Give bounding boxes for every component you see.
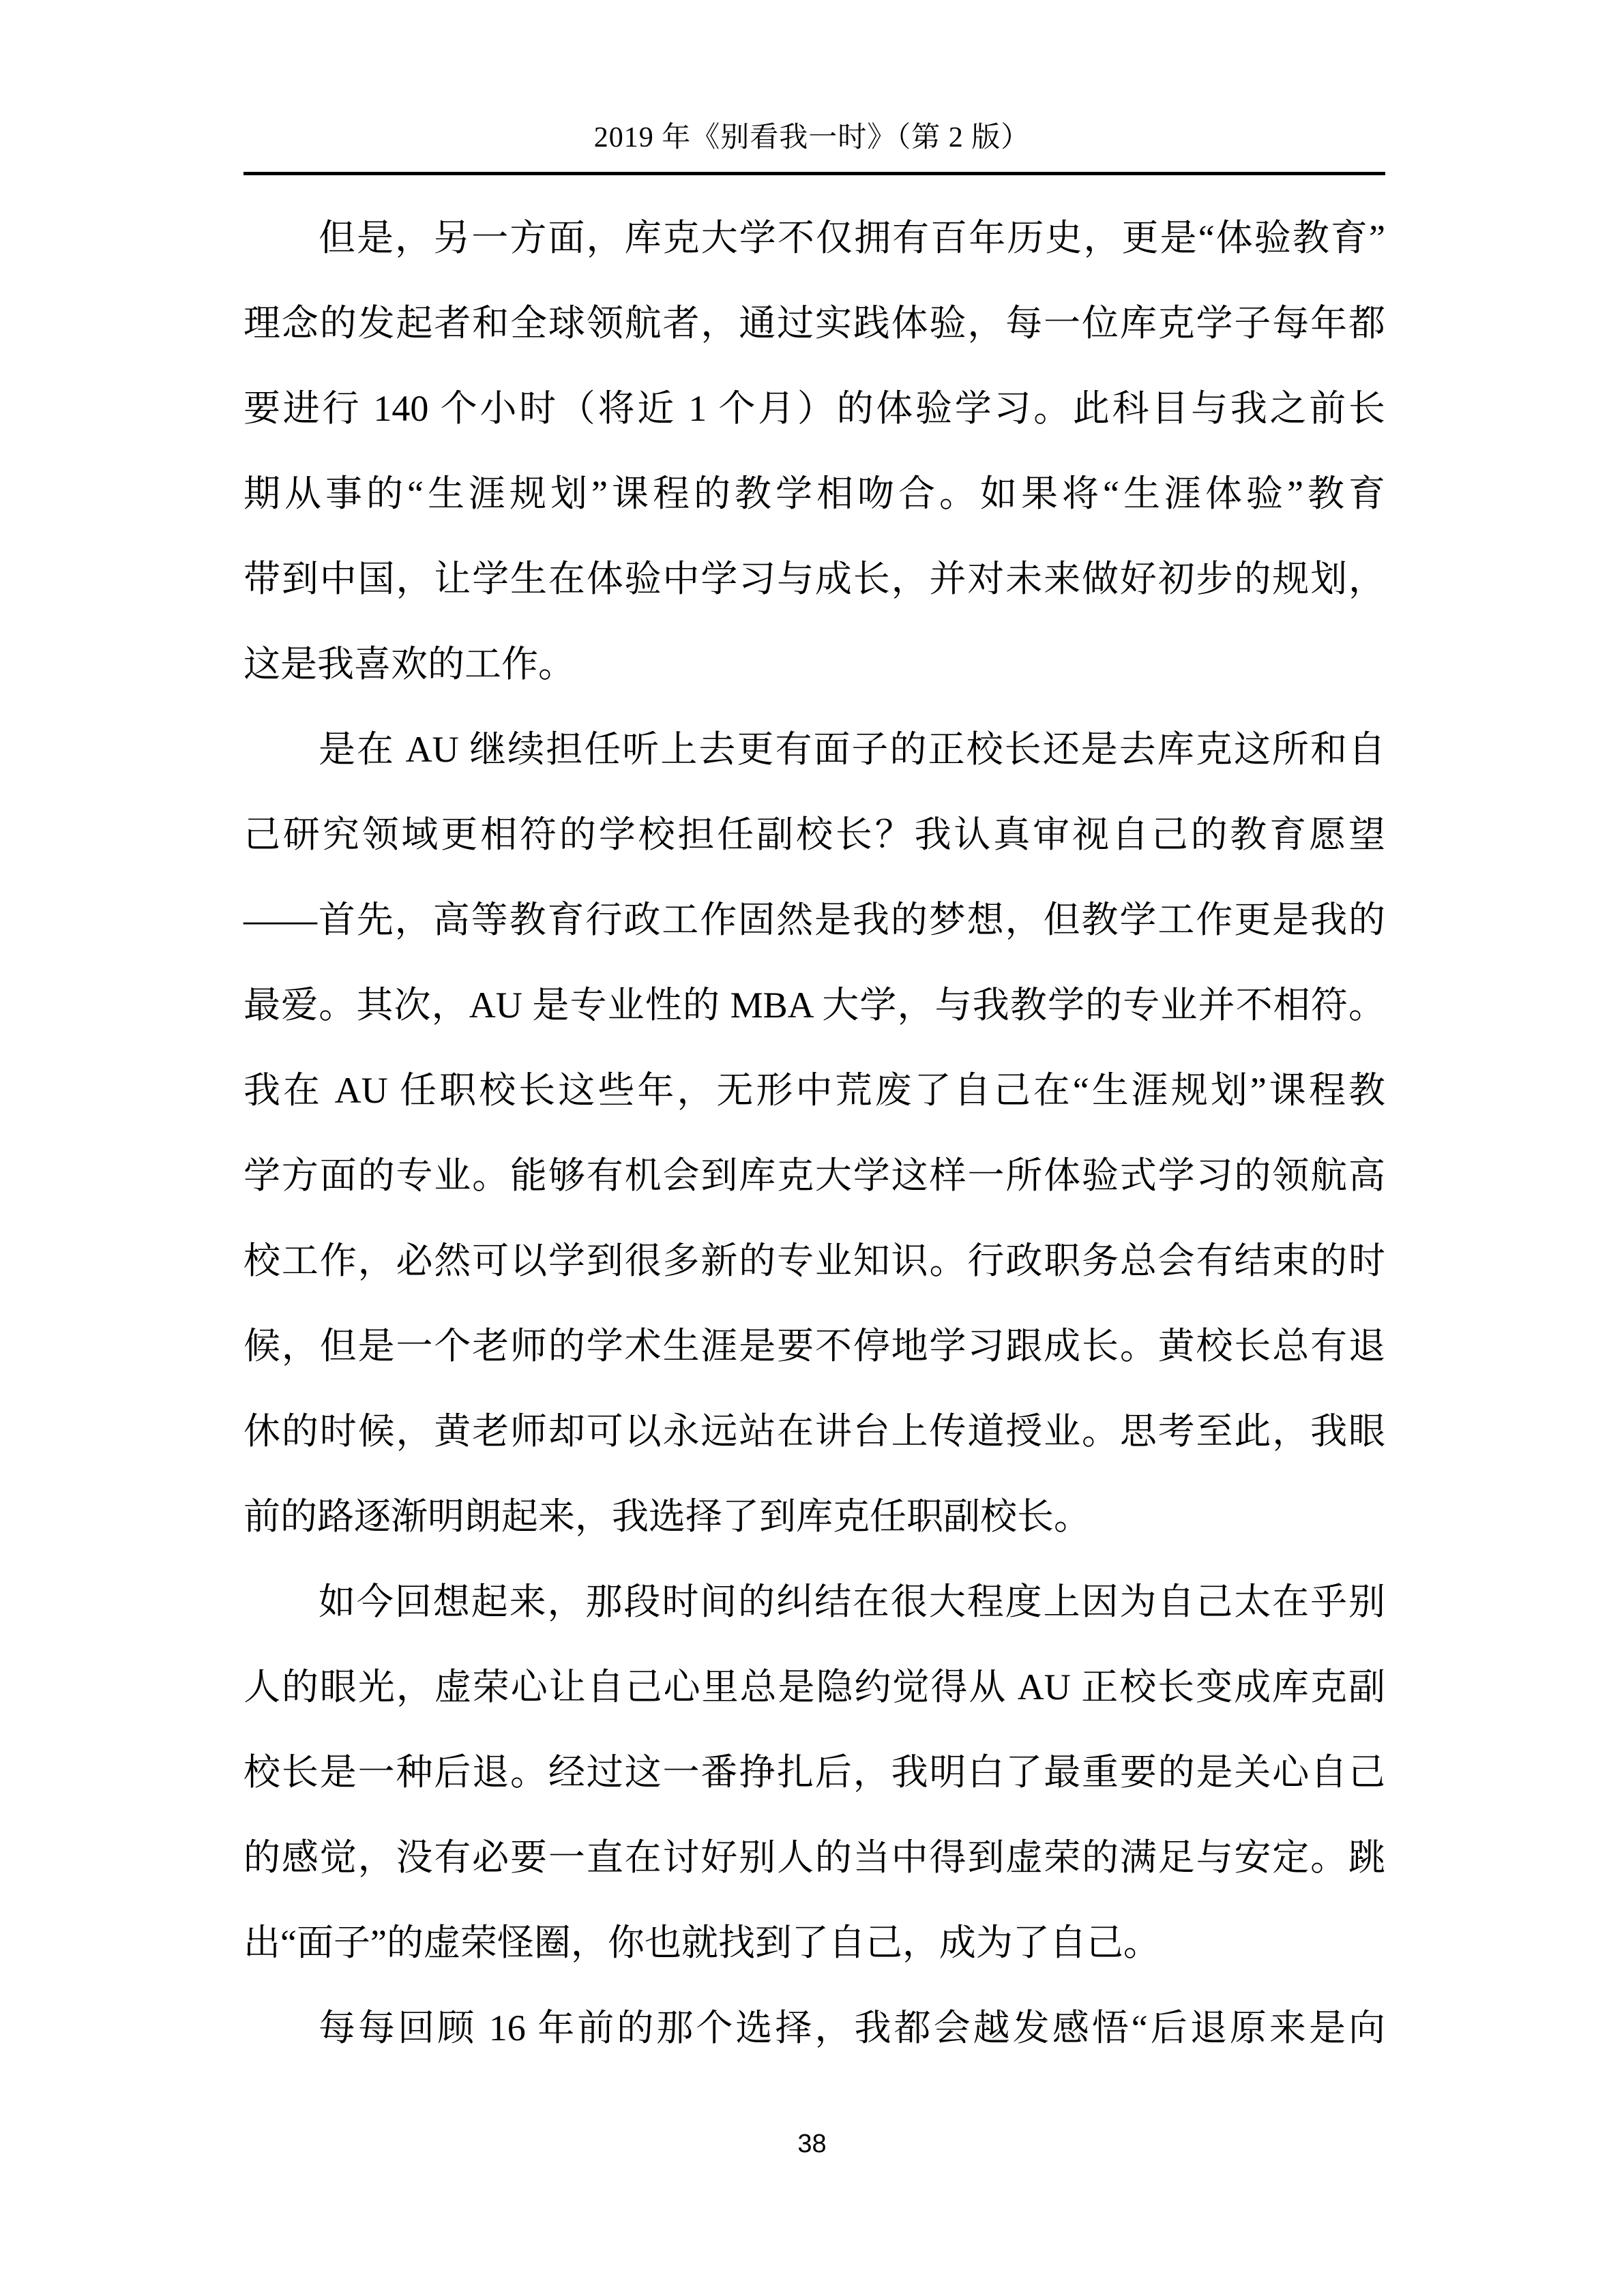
text-line: 校工作，必然可以学到很多新的专业知识。行政职务总会有结束的时	[243, 1219, 1385, 1304]
text-line: 每每回顾 16 年前的那个选择，我都会越发感悟“后退原来是向	[243, 1986, 1385, 2071]
text-line: 人的眼光，虚荣心让自己心里总是隐约觉得从 AU 正校长变成库克副	[243, 1645, 1385, 1730]
text-line: ——首先，高等教育行政工作固然是我的梦想，但教学工作更是我的	[243, 878, 1385, 963]
text-line: 要进行 140 个小时（将近 1 个月）的体验学习。此科目与我之前长	[243, 366, 1385, 451]
text-line: 休的时候，黄老师却可以永远站在讲台上传道授业。思考至此，我眼	[243, 1389, 1385, 1474]
text-line: 最爱。其次，AU 是专业性的 MBA 大学，与我教学的专业并不相符。	[243, 963, 1385, 1048]
text-line: 前的路逐渐明朗起来，我选择了到库克任职副校长。	[243, 1474, 1385, 1560]
text-line: 这是我喜欢的工作。	[243, 622, 1385, 707]
document-page: 2019 年《别看我一时》（第 2 版） 但是，另一方面，库克大学不仅拥有百年历…	[0, 0, 1624, 2296]
text-line: 期从事的“生涯规划”课程的教学相吻合。如果将“生涯体验”教育	[243, 451, 1385, 537]
text-line: 的感觉，没有必要一直在讨好别人的当中得到虚荣的满足与安定。跳	[243, 1815, 1385, 1900]
text-line: 我在 AU 任职校长这些年，无形中荒废了自己在“生涯规划”课程教	[243, 1048, 1385, 1133]
document-body: 但是，另一方面，库克大学不仅拥有百年历史，更是“体验教育”理念的发起者和全球领航…	[243, 196, 1385, 2071]
text-line: 理念的发起者和全球领航者，通过实践体验，每一位库克学子每年都	[243, 281, 1385, 366]
text-line: 但是，另一方面，库克大学不仅拥有百年历史，更是“体验教育”	[243, 196, 1385, 281]
page-number: 38	[0, 2129, 1624, 2159]
text-line: 学方面的专业。能够有机会到库克大学这样一所体验式学习的领航高	[243, 1133, 1385, 1219]
text-line: 如今回想起来，那段时间的纠结在很大程度上因为自己太在乎别	[243, 1560, 1385, 1645]
header-divider	[243, 172, 1385, 175]
text-line: 校长是一种后退。经过这一番挣扎后，我明白了最重要的是关心自己	[243, 1730, 1385, 1815]
text-line: 候，但是一个老师的学术生涯是要不停地学习跟成长。黄校长总有退	[243, 1304, 1385, 1389]
text-line: 是在 AU 继续担任听上去更有面子的正校长还是去库克这所和自	[243, 707, 1385, 792]
page-header-title: 2019 年《别看我一时》（第 2 版）	[0, 121, 1624, 154]
text-line: 带到中国，让学生在体验中学习与成长，并对未来做好初步的规划，	[243, 537, 1385, 622]
text-line: 己研究领域更相符的学校担任副校长？我认真审视自己的教育愿望	[243, 792, 1385, 878]
text-line: 出“面子”的虚荣怪圈，你也就找到了自己，成为了自己。	[243, 1900, 1385, 1986]
